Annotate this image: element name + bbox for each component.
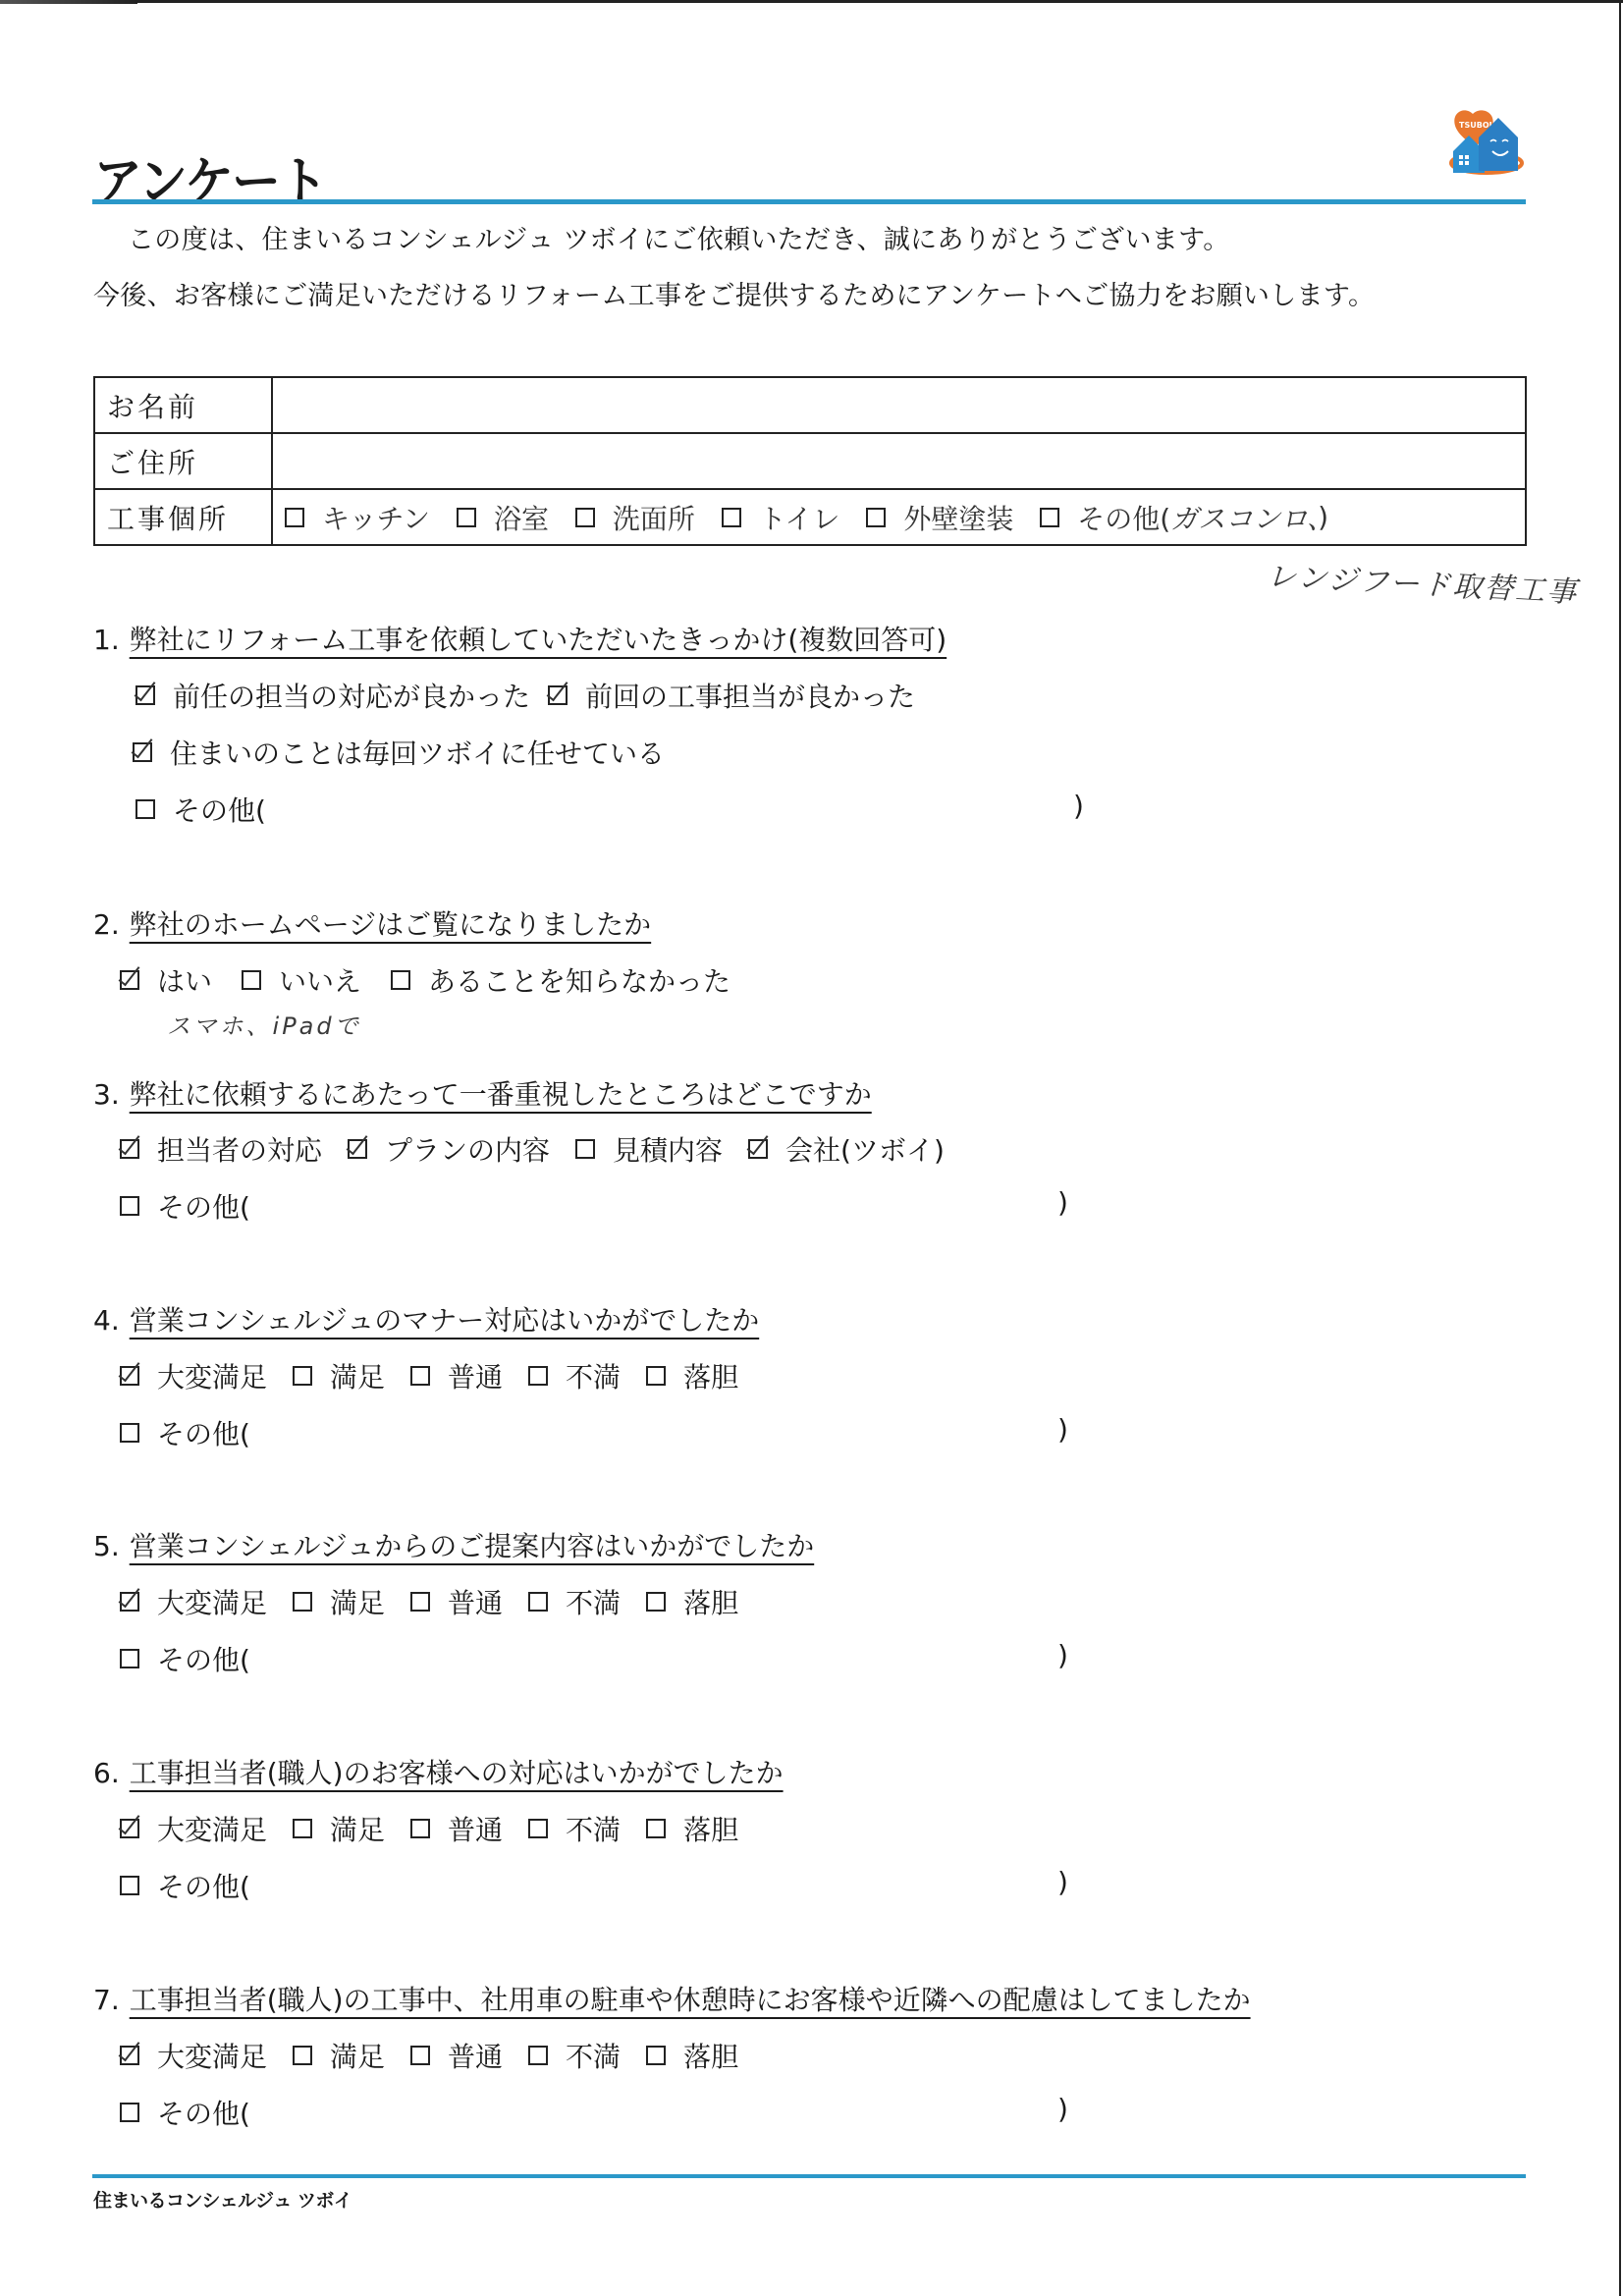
q6-options-row-1: 大変満足 満足 普通 不満 落胆 bbox=[120, 1809, 756, 1848]
q5-options-row-1: 大変満足 満足 普通 不満 落胆 bbox=[120, 1582, 756, 1621]
q5-option-satisfied[interactable]: 満足 bbox=[293, 1582, 385, 1621]
question-4: 4.営業コンシェルジュのマナー対応はいかがでしたか bbox=[93, 1299, 759, 1339]
checkbox-icon[interactable] bbox=[646, 2046, 666, 2065]
checkbox-checked-icon[interactable] bbox=[548, 685, 568, 705]
location-label: 工事個所 bbox=[94, 489, 272, 545]
q5-options-row-2: その他( bbox=[120, 1639, 268, 1678]
checkbox-icon[interactable] bbox=[646, 1592, 666, 1612]
q5-option-other[interactable]: その他( bbox=[120, 1639, 250, 1678]
q1-options-row-3: その他( bbox=[135, 790, 284, 829]
q1-option-other[interactable]: その他( bbox=[135, 790, 266, 829]
header-rule bbox=[92, 199, 1526, 204]
tsuboi-logo-icon: TSUBOI bbox=[1445, 108, 1524, 179]
q7-options-row-2: その他( bbox=[120, 2093, 268, 2132]
location-option-toilet[interactable]: トイレ bbox=[722, 498, 840, 537]
checkbox-icon[interactable] bbox=[722, 508, 741, 527]
checkbox-icon[interactable] bbox=[410, 1592, 430, 1612]
q7-option-disappointed[interactable]: 落胆 bbox=[646, 2036, 738, 2075]
checkbox-icon[interactable] bbox=[410, 2046, 430, 2065]
q3-option-estimate[interactable]: 見積内容 bbox=[575, 1129, 723, 1169]
scan-edge-top bbox=[0, 0, 1623, 3]
checkbox-icon[interactable] bbox=[646, 1366, 666, 1386]
q5-other-close-paren: ) bbox=[1057, 1639, 1068, 1671]
location-row: 工事個所 キッチン 浴室 洗面所 トイレ 外壁塗装 その他(ガスコンロ、) bbox=[94, 489, 1526, 545]
location-other-handwritten[interactable]: ガスコンロ、 bbox=[1170, 498, 1318, 537]
q5-option-disappointed[interactable]: 落胆 bbox=[646, 1582, 738, 1621]
location-option-kitchen[interactable]: キッチン bbox=[285, 498, 430, 537]
intro-line-2: 今後、お客様にご満足いただけるリフォーム工事をご提供するためにアンケートへご協力… bbox=[93, 274, 1375, 312]
footer-rule bbox=[92, 2174, 1526, 2178]
q5-option-dissatisfied[interactable]: 不満 bbox=[528, 1582, 621, 1621]
address-field[interactable] bbox=[272, 433, 1526, 489]
location-option-bath[interactable]: 浴室 bbox=[457, 498, 549, 537]
q7-option-other[interactable]: その他( bbox=[120, 2093, 250, 2132]
question-7: 7.工事担当者(職人)の工事中、社用車の駐車や休憩時にお客様や近隣への配慮はして… bbox=[93, 1979, 1251, 2018]
q7-option-neutral[interactable]: 普通 bbox=[410, 2036, 503, 2075]
q4-options-row-1: 大変満足 満足 普通 不満 落胆 bbox=[120, 1356, 756, 1395]
q6-option-neutral[interactable]: 普通 bbox=[410, 1809, 503, 1848]
q3-option-other[interactable]: その他( bbox=[120, 1186, 250, 1226]
checkbox-icon[interactable] bbox=[293, 1592, 312, 1612]
checkbox-icon[interactable] bbox=[866, 508, 886, 527]
checkbox-icon[interactable] bbox=[528, 1819, 548, 1838]
q6-options-row-2: その他( bbox=[120, 1866, 268, 1905]
question-3: 3.弊社に依頼するにあたって一番重視したところはどこですか bbox=[93, 1073, 872, 1113]
q5-option-neutral[interactable]: 普通 bbox=[410, 1582, 503, 1621]
checkbox-icon[interactable] bbox=[242, 970, 261, 990]
checkbox-icon[interactable] bbox=[1040, 508, 1059, 527]
q4-option-very-satisfied[interactable]: 大変満足 bbox=[120, 1356, 267, 1395]
checkbox-checked-icon[interactable] bbox=[120, 2046, 139, 2065]
q1-options-row-1: 前任の担当の対応が良かった 前回の工事担当が良かった bbox=[135, 676, 933, 715]
q4-option-satisfied[interactable]: 満足 bbox=[293, 1356, 385, 1395]
q6-other-close-paren: ) bbox=[1057, 1866, 1068, 1898]
q4-option-other[interactable]: その他( bbox=[120, 1413, 250, 1452]
name-row: お名前 bbox=[94, 377, 1526, 433]
checkbox-icon[interactable] bbox=[528, 2046, 548, 2065]
checkbox-icon[interactable] bbox=[293, 1819, 312, 1838]
q6-option-dissatisfied[interactable]: 不満 bbox=[528, 1809, 621, 1848]
location-handwritten-note: レンジフード取替工事 bbox=[1266, 552, 1579, 612]
checkbox-checked-icon[interactable] bbox=[133, 742, 152, 762]
checkbox-icon[interactable] bbox=[646, 1819, 666, 1838]
page-title: アンケート bbox=[93, 139, 326, 216]
question-6: 6.工事担当者(職人)のお客様への対応はいかがでしたか bbox=[93, 1752, 784, 1791]
q5-option-very-satisfied[interactable]: 大変満足 bbox=[120, 1582, 267, 1621]
checkbox-checked-icon[interactable] bbox=[120, 1592, 139, 1612]
checkbox-icon[interactable] bbox=[528, 1592, 548, 1612]
checkbox-icon[interactable] bbox=[135, 799, 155, 819]
checkbox-icon[interactable] bbox=[528, 1366, 548, 1386]
scan-edge-right bbox=[1619, 0, 1621, 2296]
checkbox-icon[interactable] bbox=[457, 508, 476, 527]
name-field[interactable] bbox=[272, 377, 1526, 433]
checkbox-icon[interactable] bbox=[575, 1139, 595, 1159]
location-option-exterior-paint[interactable]: 外壁塗装 bbox=[866, 498, 1013, 537]
customer-info-table: お名前 ご住所 工事個所 キッチン 浴室 洗面所 トイレ 外壁塗装 その他(ガス… bbox=[93, 376, 1527, 546]
location-option-other[interactable]: その他(ガスコンロ、) bbox=[1040, 498, 1328, 537]
checkbox-icon[interactable] bbox=[575, 508, 595, 527]
q2-options-row: はい いいえ あることを知らなかった bbox=[120, 960, 748, 1000]
q7-options-row-1: 大変満足 満足 普通 不満 落胆 bbox=[120, 2036, 756, 2075]
question-1: 1.弊社にリフォーム工事を依頼していただいたきっかけ(複数回答可) bbox=[93, 619, 947, 658]
q4-options-row-2: その他( bbox=[120, 1413, 268, 1452]
checkbox-icon[interactable] bbox=[293, 1366, 312, 1386]
name-label: お名前 bbox=[94, 377, 272, 433]
q6-option-satisfied[interactable]: 満足 bbox=[293, 1809, 385, 1848]
q4-other-close-paren: ) bbox=[1057, 1413, 1068, 1446]
checkbox-icon[interactable] bbox=[120, 1876, 139, 1895]
q2-handwritten-note: スマホ、iPadで bbox=[167, 1007, 361, 1041]
q3-option-plan[interactable]: プランの内容 bbox=[348, 1129, 550, 1169]
q1-options-row-2: 住まいのことは毎回ツボイに任せている bbox=[133, 733, 682, 772]
checkbox-icon[interactable] bbox=[391, 970, 410, 990]
q7-option-very-satisfied[interactable]: 大変満足 bbox=[120, 2036, 267, 2075]
q2-option-yes[interactable]: はい bbox=[120, 960, 212, 1000]
checkbox-checked-icon[interactable] bbox=[748, 1139, 768, 1159]
svg-text:TSUBOI: TSUBOI bbox=[1459, 121, 1492, 130]
question-5: 5.営業コンシェルジュからのご提案内容はいかがでしたか bbox=[93, 1525, 814, 1564]
q4-option-disappointed[interactable]: 落胆 bbox=[646, 1356, 738, 1395]
q2-option-unaware[interactable]: あることを知らなかった bbox=[391, 960, 730, 1000]
q6-option-disappointed[interactable]: 落胆 bbox=[646, 1809, 738, 1848]
checkbox-checked-icon[interactable] bbox=[135, 685, 155, 705]
checkbox-icon[interactable] bbox=[410, 1819, 430, 1838]
q6-option-other[interactable]: その他( bbox=[120, 1866, 250, 1905]
footer-company-name: 住まいるコンシェルジュ ツボイ bbox=[93, 2186, 352, 2213]
location-option-washroom[interactable]: 洗面所 bbox=[575, 498, 695, 537]
q3-option-company[interactable]: 会社(ツボイ) bbox=[748, 1129, 945, 1169]
checkbox-icon[interactable] bbox=[410, 1366, 430, 1386]
q1-option-1[interactable]: 前任の担当の対応が良かった bbox=[135, 676, 530, 715]
address-label: ご住所 bbox=[94, 433, 272, 489]
q1-option-2[interactable]: 前回の工事担当が良かった bbox=[548, 676, 915, 715]
checkbox-icon[interactable] bbox=[120, 1423, 139, 1443]
q4-option-dissatisfied[interactable]: 不満 bbox=[528, 1356, 621, 1395]
checkbox-icon[interactable] bbox=[120, 1649, 139, 1668]
intro-line-1: この度は、住まいるコンシェルジュ ツボイにご依頼いただき、誠にありがとうございま… bbox=[128, 218, 1230, 256]
checkbox-checked-icon[interactable] bbox=[120, 1366, 139, 1386]
q3-options-row-2: その他( bbox=[120, 1186, 268, 1226]
q6-option-very-satisfied[interactable]: 大変満足 bbox=[120, 1809, 267, 1848]
scan-edge-top-fade bbox=[0, 0, 137, 4]
checkbox-icon[interactable] bbox=[120, 1196, 139, 1216]
q7-option-satisfied[interactable]: 満足 bbox=[293, 2036, 385, 2075]
q7-other-close-paren: ) bbox=[1057, 2093, 1068, 2125]
question-2: 2.弊社のホームページはご覧になりましたか bbox=[93, 903, 651, 943]
checkbox-icon[interactable] bbox=[293, 2046, 312, 2065]
q1-other-close-paren: ) bbox=[1073, 790, 1084, 822]
checkbox-icon[interactable] bbox=[120, 2103, 139, 2122]
checkbox-checked-icon[interactable] bbox=[120, 1139, 139, 1159]
checkbox-icon[interactable] bbox=[285, 508, 304, 527]
q2-option-no[interactable]: いいえ bbox=[242, 960, 361, 1000]
q3-other-close-paren: ) bbox=[1057, 1186, 1068, 1219]
address-row: ご住所 bbox=[94, 433, 1526, 489]
checkbox-checked-icon[interactable] bbox=[348, 1139, 367, 1159]
q3-option-staff[interactable]: 担当者の対応 bbox=[120, 1129, 322, 1169]
q1-option-3[interactable]: 住まいのことは毎回ツボイに任せている bbox=[133, 733, 665, 772]
q7-option-dissatisfied[interactable]: 不満 bbox=[528, 2036, 621, 2075]
checkbox-checked-icon[interactable] bbox=[120, 1819, 139, 1838]
q3-options-row-1: 担当者の対応 プランの内容 見積内容 会社(ツボイ) bbox=[120, 1129, 962, 1169]
location-options: キッチン 浴室 洗面所 トイレ 外壁塗装 その他(ガスコンロ、) bbox=[272, 489, 1526, 545]
checkbox-checked-icon[interactable] bbox=[120, 970, 139, 990]
q4-option-neutral[interactable]: 普通 bbox=[410, 1356, 503, 1395]
